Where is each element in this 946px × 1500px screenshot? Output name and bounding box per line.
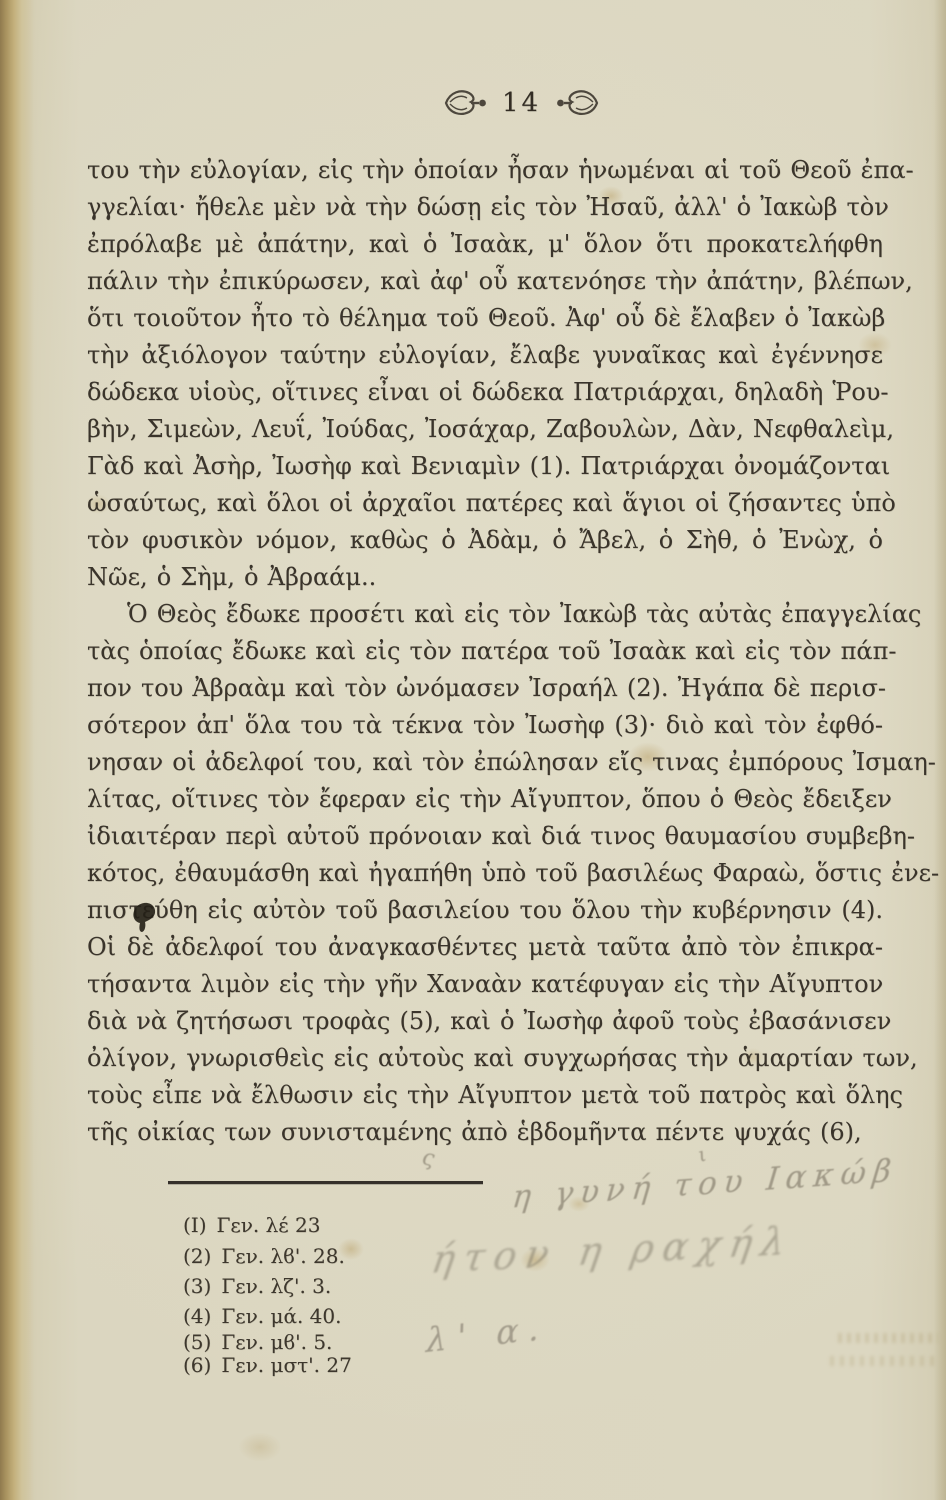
text-line: νησαν οἱ ἀδελφοί του, καὶ τὸν ἐπώλησαν ε… [87,744,883,781]
text-line: διὰ νὰ ζητήσωσι τροφὰς (5), καὶ ὁ Ἰωσὴφ … [87,1003,883,1040]
page-header: 14 [443,88,600,118]
footnote-marker: (2) [183,1244,211,1268]
footnote-text: Γεν. μστ'. 27 [221,1353,352,1377]
text-line: πον του Ἀβραὰμ καὶ τὸν ὠνόμασεν Ἰσραήλ (… [87,670,883,707]
footnote-item: (5)Γεν. μϐ'. 5. [183,1330,332,1354]
footnote-text: Γεν. μά. 40. [221,1304,341,1328]
footnote-item: (6)Γεν. μστ'. 27 [183,1353,352,1377]
text-line: τὴν ἀξιόλογον ταύτην εὐλογίαν, ἔλαβε γυν… [87,337,883,374]
footnote-text: Γεν. λϐ'. 28. [221,1244,344,1268]
stain [568,1196,590,1212]
text-line: τήσαντα λιμὸν εἰς τὴν γῆν Χαναὰν κατέφυγ… [87,966,883,1003]
show-through [830,1356,938,1366]
footnote-text: Γεν. μϐ'. 5. [221,1330,332,1354]
handwritten-annotation: ήτον η ραχήλ [429,1218,798,1281]
main-text-block: του τὴν εὐλογίαν, εἰς τὴν ὁποίαν ἦσαν ἡν… [87,152,883,1151]
show-through [838,1333,938,1343]
stain [520,1248,550,1272]
text-line: σότερον ἀπ' ὅλα του τὰ τέκνα τὸν Ἰωσὴφ (… [87,707,883,744]
ink-blot [131,901,158,934]
text-line: ὡσαύτως, καὶ ὅλοι οἱ ἀρχαῖοι πατέρες καὶ… [87,485,883,522]
handwritten-annotation: λ' α. [426,1307,550,1359]
text-line: Γὰδ καὶ Ἀσὴρ, Ἰωσὴφ καὶ Βενιαμὶν (1). Πα… [87,448,883,485]
footnote-item: (4)Γεν. μά. 40. [183,1304,341,1328]
text-line: ἰδιαιτέραν περὶ αὐτοῦ πρόνοιαν καὶ διά τ… [87,818,883,855]
page-number: 14 [502,88,541,118]
handwritten-annotation: η γυνή του Ιακώβ [511,1152,900,1215]
footnote-item: (I)Γεν. λέ 23 [183,1213,320,1237]
text-line: ὀλίγον, γνωρισθεὶς εἰς αὐτοὺς καὶ συγχωρ… [87,1040,883,1077]
binding-edge [0,0,34,1500]
footnote-marker: (5) [183,1330,211,1354]
footnote-separator [168,1181,483,1184]
text-line: κότος, ἐθαυμάσθη καὶ ἠγαπήθη ὑπὸ τοῦ βασ… [87,855,883,892]
text-line: Νῶε, ὁ Σὴμ, ὁ Ἀβραάμ.. [87,559,883,596]
text-line: τὰς ὁποίας ἔδωκε καὶ εἰς τὸν πατέρα τοῦ … [87,633,883,670]
footnote-marker: (4) [183,1304,211,1328]
footnote-text: Γεν. λέ 23 [217,1213,321,1237]
fleuron-left-icon [443,88,489,118]
text-line: πιστεύθη εἰς αὐτὸν τοῦ βασιλείου του ὅλο… [87,892,883,929]
text-line: λίτας, οἵτινες τὸν ἔφεραν εἰς τὴν Αἴγυπτ… [87,781,883,818]
text-line: ἐπρόλαβε μὲ ἀπάτην, καὶ ὁ Ἰσαὰκ, μ' ὅλον… [87,226,883,263]
footnote-marker: (I) [183,1213,207,1237]
text-line: τῆς οἰκίας των συνισταμένης ἀπὸ ἑβδομῆντ… [87,1114,883,1151]
text-line: του τὴν εὐλογίαν, εἰς τὴν ὁποίαν ἦσαν ἡν… [87,152,883,189]
text-line: τὸν φυσικὸν νόμον, καθὼς ὁ Ἀδὰμ, ὁ Ἄβελ,… [87,522,883,559]
footnote-item: (3)Γεν. λζ'. 3. [183,1274,331,1298]
text-line: ὅτι τοιοῦτον ἦτο τὸ θέλημα τοῦ Θεοῦ. Ἀφ'… [87,300,883,337]
text-line: δώδεκα υἱοὺς, οἵτινες εἶναι οἱ δώδεκα Πα… [87,374,883,411]
fleuron-right-icon [554,88,600,118]
footnote-item: (2)Γεν. λϐ'. 28. [183,1244,345,1268]
text-line: τοὺς εἶπε νὰ ἔλθωσιν εἰς τὴν Αἴγυπτον με… [87,1077,883,1114]
text-line: γγελίαι· ἤθελε μὲν νὰ τὴν δώσῃ εἰς τὸν Ἠ… [87,189,883,226]
text-line: βὴν, Σιμεὼν, Λευΐ, Ἰούδας, Ἰοσάχαρ, Ζαβο… [87,411,883,448]
footnote-marker: (6) [183,1353,211,1377]
footnote-marker: (3) [183,1274,211,1298]
text-line: Οἱ δὲ ἀδελφοί του ἀναγκασθέντες μετὰ ταῦ… [87,929,883,966]
text-line: Ὁ Θεὸς ἔδωκε προσέτι καὶ εἰς τὸν Ἰακὼβ τ… [87,596,883,633]
footnote-text: Γεν. λζ'. 3. [221,1274,331,1298]
stain [238,1432,282,1462]
text-line: πάλιν τὴν ἐπικύρωσεν, καὶ ἀφ' οὗ κατενόη… [87,263,883,300]
scanned-book-page: 14 του τὴν εὐλογίαν, εἰς τὴν ὁποίαν ἦσαν… [0,0,946,1500]
